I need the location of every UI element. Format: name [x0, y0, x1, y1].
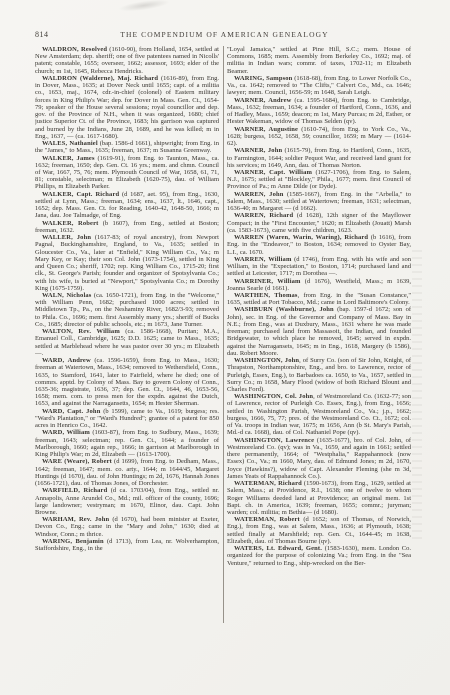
- entry-surname: WARD, Andrew: [42, 357, 91, 364]
- genealogy-entry-continuation: "Loyal Jamaica," settled at Pine Hill, S…: [227, 46, 411, 75]
- two-column-text-block: WALDRON, Resolved (1610-90), from Hollan…: [35, 46, 411, 623]
- entry-surname: WALTON, Rev. William: [42, 328, 120, 335]
- entry-surname: WASHINGTON, John: [234, 357, 299, 364]
- genealogy-entry: WARREN, William (d 1746), from Eng. with…: [227, 256, 411, 278]
- genealogy-entry: WALKER, Capt. Richard (d 1687, aet. 95),…: [35, 191, 219, 220]
- entry-surname: WALKER, Capt. Richard: [42, 191, 119, 198]
- genealogy-entry: WALKER, James (1619-91), from Eng. to Ta…: [35, 155, 219, 191]
- scan-bleedthrough-artifact: [412, 250, 422, 540]
- genealogy-entry: WALKER, Robert (b 1607), from Eng., sett…: [35, 220, 219, 234]
- entry-surname: WATERMAN, Richard: [234, 480, 302, 487]
- column-divider-rule: [223, 46, 224, 623]
- entry-body-text: (ca. 1596-1659), from Eng. to Mass., 163…: [35, 357, 219, 407]
- genealogy-entry: WASHINGTON, Lawrence (1635-1677), bro. o…: [227, 437, 411, 480]
- genealogy-entry: WARREN, John (1585-1667), from Eng. in t…: [227, 191, 411, 213]
- genealogy-entry: WARFIELD, Richard (d ca. 1703/04), from …: [35, 487, 219, 516]
- genealogy-entry: WALDRON (Walderne), Maj. Richard (1616-8…: [35, 75, 219, 140]
- genealogy-entry: WASHINGTON, John, of Surry Co. (son of S…: [227, 357, 411, 393]
- entry-surname: WASHBURN (Washburne), John: [234, 306, 334, 313]
- genealogy-entry: WATERMAN, Robert (d 1652; son of Thomas,…: [227, 516, 411, 545]
- genealogy-entry: WATERMAN, Richard (1590-1673), from Eng.…: [227, 480, 411, 516]
- entry-surname: WALKER, James: [42, 155, 95, 162]
- page-header: 814 THE COMPENDIUM OF AMERICAN GENEALOGY: [35, 30, 412, 39]
- left-column: WALDRON, Resolved (1610-90), from Hollan…: [35, 46, 219, 623]
- entry-surname: WASHINGTON, Col. John: [234, 393, 313, 400]
- genealogy-entry: WALLER, John (1617-83; of royal ancestry…: [35, 234, 219, 292]
- book-page-scan: 814 THE COMPENDIUM OF AMERICAN GENEALOGY…: [0, 0, 450, 695]
- entry-surname: WARNER, Capt. William: [234, 169, 312, 176]
- entry-surname: WARNER, Andrew: [234, 97, 291, 104]
- entry-surname: WALDRON (Walderne), Maj. Richard: [42, 75, 158, 82]
- entry-surname: WARFIELD, Richard: [42, 487, 107, 494]
- entry-surname: WALES, Nathaniel: [42, 140, 98, 147]
- entry-body-text: (1635-1677), bro. of Col. John, of Westm…: [227, 437, 411, 480]
- genealogy-entry: WARNER, Augustine (1610-74), from Eng. t…: [227, 126, 411, 148]
- entry-surname: WARTHEN, Thomas: [234, 292, 298, 299]
- genealogy-entry: WARD, William (1603-87), from Eng. to Su…: [35, 429, 219, 458]
- genealogy-entry: WARD, Andrew (ca. 1596-1659), from Eng. …: [35, 357, 219, 408]
- genealogy-entry: WALDRON, Resolved (1610-90), from Hollan…: [35, 46, 219, 75]
- genealogy-entry: WALTON, Rev. William (ca. 1586-1668), Pu…: [35, 328, 219, 357]
- genealogy-entry: WARREN (Waren, Warin, Waring), Richard (…: [227, 234, 411, 256]
- genealogy-entry: WARREN, Richard (d 1628), 12th signer of…: [227, 212, 411, 234]
- entry-body-text: (bap. 1597-d 1672; son of John), sec. in…: [227, 306, 411, 356]
- running-title: THE COMPENDIUM OF AMERICAN GENEALOGY: [95, 30, 354, 39]
- entry-surname: WATERS, Lt. Edward, Gent.: [234, 545, 322, 552]
- genealogy-entry: WARNER, Andrew (ca. 1595-1684), from Eng…: [227, 97, 411, 126]
- entry-surname: WARRINER, William: [234, 278, 301, 285]
- genealogy-entry: WARTHEN, Thomas, from Eng. in the "Susan…: [227, 292, 411, 306]
- entry-surname: WARREN (Waren, Warin, Waring), Richard: [234, 234, 368, 241]
- genealogy-entry: WASHBURN (Washburne), John (bap. 1597-d …: [227, 306, 411, 357]
- right-column: "Loyal Jamaica," settled at Pine Hill, S…: [227, 46, 411, 623]
- entry-surname: WALN, Nicholas: [42, 292, 91, 299]
- genealogy-entry: WARNER, Capt. William (1627-1706), from …: [227, 169, 411, 191]
- genealogy-entry: WARRINER, William (d 1676), Westfield, M…: [227, 278, 411, 292]
- entry-body-text: "Loyal Jamaica," settled at Pine Hill, S…: [227, 46, 411, 75]
- entry-surname: WARHAM, Rev. John: [42, 516, 109, 523]
- entry-body-text: (1617-83; of royal ancestry), from Newpo…: [35, 234, 219, 292]
- page-number: 814: [35, 30, 95, 39]
- genealogy-entry: WASHINGTON, Col. John, of Westmoreland C…: [227, 393, 411, 436]
- genealogy-entry: WATERS, Lt. Edward, Gent. (1583-1630), m…: [227, 545, 411, 567]
- genealogy-entry: WARE (Weare), Robert (d 1699), from Eng.…: [35, 458, 219, 487]
- entry-surname: WASHINGTON, Lawrence: [234, 437, 314, 444]
- entry-surname: WARING, Sampson: [234, 75, 292, 82]
- genealogy-entry: WARD, Capt. John (b 1599), came to Va., …: [35, 408, 219, 430]
- entry-surname: WARREN, William: [234, 256, 292, 263]
- genealogy-entry: WARING, Benjamin (d 1713), from Lea, nr.…: [35, 538, 219, 552]
- entry-body-text: , of Westmoreland Co. (1632-77; son of L…: [227, 393, 411, 436]
- entry-surname: WATERMAN, Robert: [234, 516, 300, 523]
- genealogy-entry: WARNER, John (1615-79), from Eng. to Har…: [227, 147, 411, 169]
- entry-surname: WARREN, Richard: [234, 212, 293, 219]
- entry-surname: WARNER, Augustine: [234, 126, 298, 133]
- entry-surname: WARREN, John: [234, 191, 284, 198]
- entry-body-text: (1616-89), from Eng. in Dover, Mass., 16…: [35, 75, 219, 140]
- entry-surname: WARING, Benjamin: [42, 538, 104, 545]
- entry-surname: WALDRON, Resolved: [42, 46, 107, 53]
- entry-surname: WARE (Weare), Robert: [42, 458, 112, 465]
- entry-surname: WARNER, John: [234, 147, 282, 154]
- entry-surname: WARD, Capt. John: [42, 408, 100, 415]
- entry-surname: WALLER, John: [42, 234, 91, 241]
- genealogy-entry: WALN, Nicholas (ca. 1650-1721), from Eng…: [35, 292, 219, 328]
- genealogy-entry: WALES, Nathaniel (bap. 1586-d 1661), shi…: [35, 140, 219, 154]
- entry-surname: WALKER, Robert: [42, 220, 98, 227]
- genealogy-entry: WARING, Sampson (1618-68), from Eng. to …: [227, 75, 411, 97]
- entry-surname: WARD, William: [42, 429, 90, 436]
- scan-smudge-artifact: [118, 0, 171, 14]
- genealogy-entry: WARHAM, Rev. John (d 1670), had been min…: [35, 516, 219, 538]
